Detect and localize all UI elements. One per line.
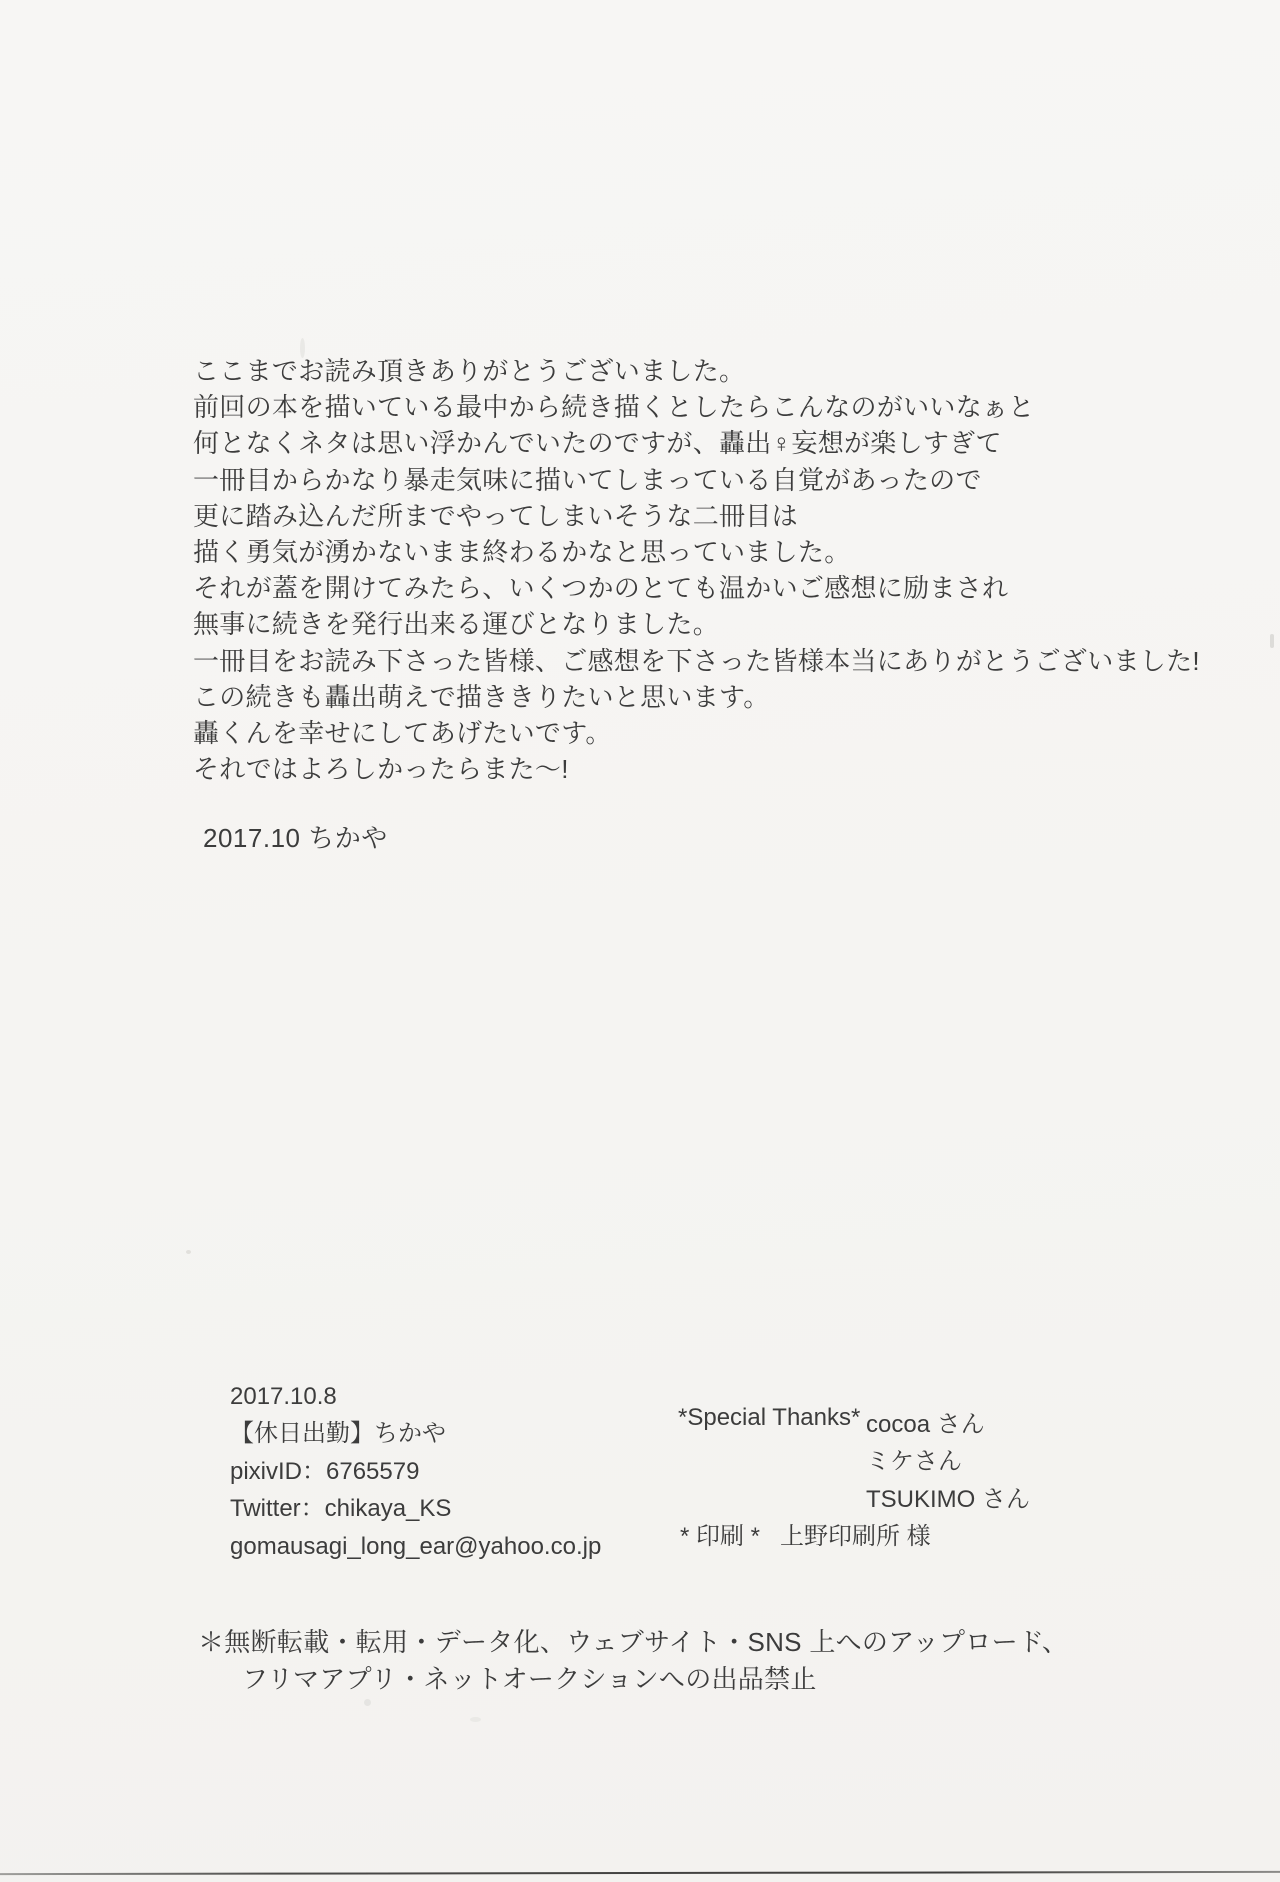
- afterword-line: 前回の本を描いている最中から続き描くとしたらこんなのがいいなぁと: [193, 389, 1200, 425]
- afterword-text: ここまでお読み頂きありがとうございました。 前回の本を描いている最中から続き描く…: [193, 353, 1200, 787]
- no-reproduction-notice-line: フリマアプリ・ネットオークションへの出品禁止: [242, 1659, 817, 1696]
- print-shop-name: 上野印刷所 様: [780, 1516, 931, 1551]
- author-signature: 2017.10 ちかや: [203, 818, 388, 855]
- scan-edge-line: [0, 1871, 1280, 1875]
- afterword-line: 一冊目をお読み下さった皆様、ご感想を下さった皆様本当にありがとうございました!: [193, 643, 1200, 679]
- print-credit-label: * 印刷 *: [680, 1516, 760, 1551]
- circle-name: 【休日出勤】ちかや: [230, 1415, 601, 1452]
- afterword-line: この続きも轟出萌えで描ききりたいと思います。: [193, 679, 1200, 715]
- afterword-line: 無事に続きを発行出来る運びとなりました。: [193, 606, 1200, 642]
- special-thanks-label: *Special Thanks*: [678, 1404, 860, 1432]
- twitter-handle: Twitter：chikaya_KS: [230, 1490, 601, 1527]
- scan-speck: [186, 1250, 191, 1254]
- afterword-line: それではよろしかったらまた～!: [193, 751, 1200, 787]
- afterword-line: 一冊目からかなり暴走気味に描いてしまっている自覚があったので: [193, 462, 1200, 498]
- no-reproduction-notice-line: ＊無断転載・転用・データ化、ウェブサイト・SNS 上へのアップロード、: [198, 1622, 1068, 1659]
- scan-speck: [1270, 634, 1274, 648]
- afterword-line: 何となくネタは思い浮かんでいたのですが、轟出♀妄想が楽しすぎて: [193, 425, 1200, 461]
- special-thanks-name: TSUKIMO さん: [866, 1479, 1030, 1514]
- afterword-line: ここまでお読み頂きありがとうございました。: [193, 353, 1200, 389]
- credits-block: 2017.10.8 【休日出勤】ちかや pixivID：6765579 Twit…: [230, 1378, 601, 1565]
- afterword-line: 描く勇気が湧かないまま終わるかなと思っていました。: [193, 534, 1200, 570]
- email-address: gomausagi_long_ear@yahoo.co.jp: [230, 1528, 601, 1565]
- special-thanks-name: cocoa さん: [866, 1404, 985, 1439]
- scan-speck: [300, 338, 305, 358]
- scanned-page: ここまでお読み頂きありがとうございました。 前回の本を描いている最中から続き描く…: [0, 0, 1280, 1882]
- afterword-line: 轟くんを幸せにしてあげたいです。: [193, 715, 1200, 751]
- scan-speck: [470, 1717, 481, 1722]
- afterword-line: それが蓋を開けてみたら、いくつかのとても温かいご感想に励まされ: [193, 570, 1200, 606]
- release-date: 2017.10.8: [230, 1378, 601, 1415]
- special-thanks-name: ミケさん: [866, 1441, 962, 1476]
- afterword-line: 更に踏み込んだ所までやってしまいそうな二冊目は: [193, 498, 1200, 534]
- pixiv-id: pixivID：6765579: [230, 1453, 601, 1490]
- scan-speck: [364, 1699, 371, 1706]
